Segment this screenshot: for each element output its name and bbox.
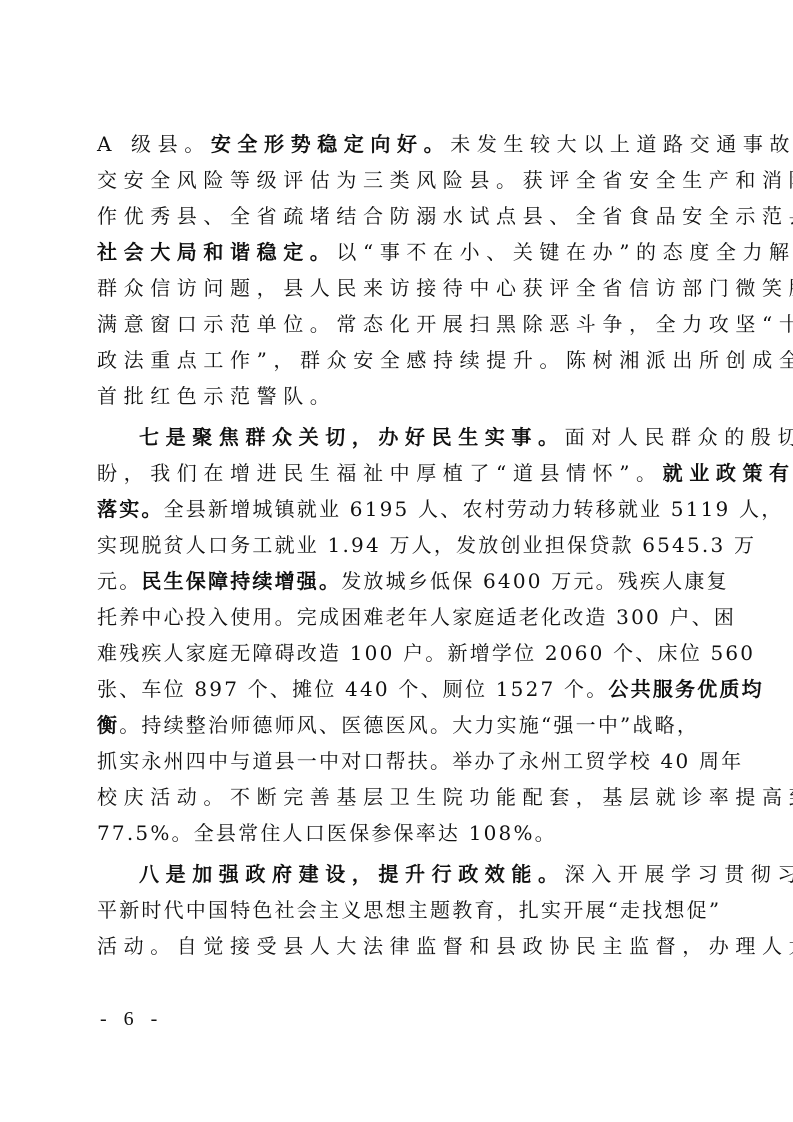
text-line: 政法重点工作”，群众安全感持续提升。陈树湘派出所创成全省 (97, 342, 697, 378)
body-text: 发放城乡低保 6400 万元。残疾人康复 (341, 569, 729, 593)
text-line: 校庆活动。不断完善基层卫生院功能配套，基层就诊率提高到 (97, 779, 697, 815)
body-text: 作优秀县、全省疏堵结合防溺水试点县、全省食品安全示范县。 (97, 204, 793, 228)
body-text: 群众信访问题，县人民来访接待中心获评全省信访部门微笑服务 (97, 276, 793, 300)
text-line: 实现脱贫人口务工就业 1.94 万人，发放创业担保贷款 6545.3 万 (97, 527, 697, 563)
body-text: 交安全风险等级评估为三类风险县。获评全省安全生产和消防工 (97, 168, 793, 192)
bold-heading-text: 就业政策有效 (663, 461, 793, 485)
bold-heading-text: 落实。 (97, 497, 164, 521)
body-text: 满意窗口示范单位。常态化开展扫黑除恶斗争，全力攻坚“十项 (97, 312, 793, 336)
bold-heading-text: 七是聚焦群众关切，办好民生实事。 (139, 425, 565, 449)
body-text: 政法重点工作”，群众安全感持续提升。陈树湘派出所创成全省 (97, 348, 793, 372)
text-line: 满意窗口示范单位。常态化开展扫黑除恶斗争，全力攻坚“十项 (97, 306, 697, 342)
text-line: 交安全风险等级评估为三类风险县。获评全省安全生产和消防工 (97, 162, 697, 198)
text-line: 落实。全县新增城镇就业 6195 人、农村劳动力转移就业 5119 人， (97, 491, 697, 527)
body-text: 未发生较大以上道路交通事故，道 (450, 132, 793, 156)
body-text: A 级县。 (97, 132, 211, 156)
body-text: 深入开展学习贯彻习近 (565, 862, 793, 886)
text-line: 活动。自觉接受县人大法律监督和县政协民主监督，办理人大代 (97, 928, 697, 964)
body-text: 。持续整治师德师风、医德医风。大力实施“强一中”战略， (119, 713, 699, 737)
body-text: 抓实永州四中与道县一中对口帮扶。举办了永州工贸学校 40 周年 (97, 749, 743, 773)
body-text: 活动。自觉接受县人大法律监督和县政协民主监督，办理人大代 (97, 934, 793, 958)
body-text: 校庆活动。不断完善基层卫生院功能配套，基层就诊率提高到 (97, 785, 793, 809)
text-line: 平新时代中国特色社会主义思想主题教育，扎实开展“走找想促” (97, 892, 697, 928)
text-line: 七是聚焦群众关切，办好民生实事。面对人民群众的殷切期 (97, 419, 697, 455)
bold-heading-text: 公共服务优质均 (608, 677, 763, 701)
body-text: 平新时代中国特色社会主义思想主题教育，扎实开展“走找想促” (97, 898, 721, 922)
text-line: 衡。持续整治师德师风、医德医风。大力实施“强一中”战略， (97, 707, 697, 743)
text-line: 难残疾人家庭无障碍改造 100 户。新增学位 2060 个、床位 560 (97, 635, 697, 671)
body-text: 首批红色示范警队。 (97, 384, 336, 408)
body-text: 难残疾人家庭无障碍改造 100 户。新增学位 2060 个、床位 560 (97, 641, 755, 665)
text-line: 元。民生保障持续增强。发放城乡低保 6400 万元。残疾人康复 (97, 563, 697, 599)
text-line: 张、车位 897 个、摊位 440 个、厕位 1527 个。公共服务优质均 (97, 671, 697, 707)
text-line: 社会大局和谐稳定。以“事不在小、关键在办”的态度全力解决 (97, 234, 697, 270)
text-line: 作优秀县、全省疏堵结合防溺水试点县、全省食品安全示范县。 (97, 198, 697, 234)
bold-heading-text: 八是加强政府建设，提升行政效能。 (139, 862, 565, 886)
text-line: 群众信访问题，县人民来访接待中心获评全省信访部门微笑服务 (97, 270, 697, 306)
body-text: 实现脱贫人口务工就业 1.94 万人，发放创业担保贷款 6545.3 万 (97, 533, 756, 557)
bold-heading-text: 民生保障持续增强。 (141, 569, 341, 593)
body-text: 张、车位 897 个、摊位 440 个、厕位 1527 个。 (97, 677, 608, 701)
text-line: 托养中心投入使用。完成困难老年人家庭适老化改造 300 户、困 (97, 599, 697, 635)
bold-heading-text: 衡 (97, 713, 119, 737)
body-text: 以“事不在小、关键在办”的态度全力解决 (336, 240, 793, 264)
bold-heading-text: 安全形势稳定向好。 (211, 132, 450, 156)
text-line: A 级县。安全形势稳定向好。未发生较大以上道路交通事故，道 (97, 126, 697, 162)
document-body: A 级县。安全形势稳定向好。未发生较大以上道路交通事故，道交安全风险等级评估为三… (97, 126, 697, 964)
text-line: 抓实永州四中与道县一中对口帮扶。举办了永州工贸学校 40 周年 (97, 743, 697, 779)
body-text: 盼，我们在增进民生福祉中厚植了“道县情怀”。 (97, 461, 663, 485)
text-line: 首批红色示范警队。 (97, 378, 697, 414)
body-text: 托养中心投入使用。完成困难老年人家庭适老化改造 300 户、困 (97, 605, 736, 629)
text-line: 盼，我们在增进民生福祉中厚植了“道县情怀”。就业政策有效 (97, 455, 697, 491)
text-line: 八是加强政府建设，提升行政效能。深入开展学习贯彻习近 (97, 856, 697, 892)
body-text: 面对人民群众的殷切期 (565, 425, 793, 449)
body-text: 元。 (97, 569, 141, 593)
body-text: 全县新增城镇就业 6195 人、农村劳动力转移就业 5119 人， (164, 497, 784, 521)
bold-heading-text: 社会大局和谐稳定。 (97, 240, 336, 264)
body-text: 77.5%。全县常住人口医保参保率达 108%。 (97, 821, 557, 845)
text-line: 77.5%。全县常住人口医保参保率达 108%。 (97, 815, 697, 851)
page-number: - 6 - (100, 1008, 163, 1031)
